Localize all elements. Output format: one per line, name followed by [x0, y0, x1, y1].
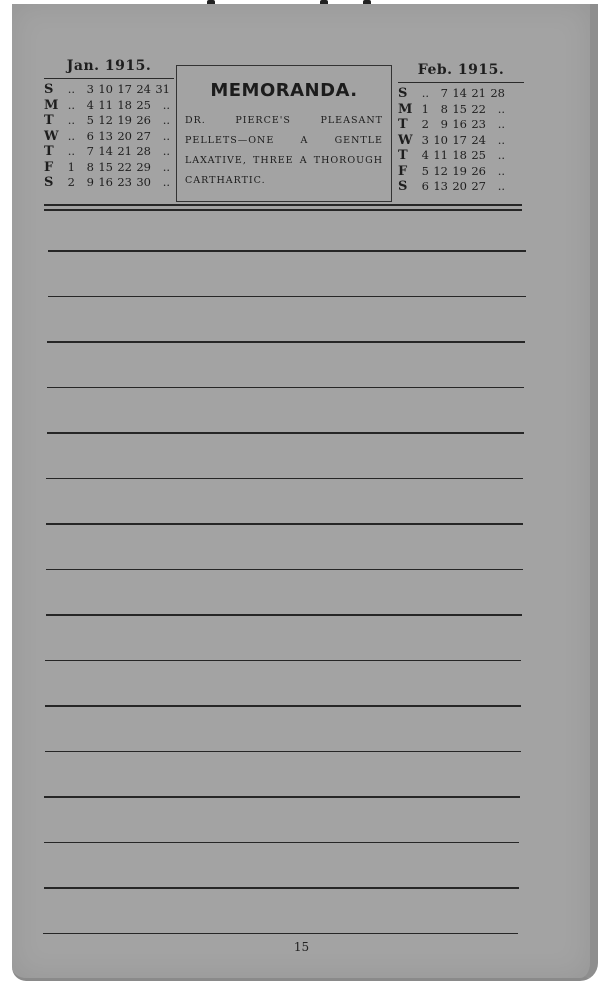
calendar-date: 12 [429, 164, 448, 180]
calendar-date: 30 [132, 175, 151, 191]
calendar-date: 23 [467, 117, 486, 133]
calendar-date: .. [151, 113, 170, 129]
calendar-january: Jan. 1915. S..310172431M..4111825..T..51… [44, 58, 174, 191]
memoranda-box: MEMORANDA. DR. PIERCE'S PLEASANT PELLETS… [176, 65, 392, 202]
calendar-week-row: F18152229.. [44, 160, 174, 176]
writing-line [45, 705, 521, 707]
calendar-date: .. [60, 144, 75, 160]
writing-line [44, 796, 520, 798]
calendar-date: .. [60, 113, 75, 129]
calendar-date: 10 [429, 133, 448, 149]
calendar-date: 4 [414, 148, 429, 164]
calendar-date: 9 [75, 175, 94, 191]
calendar-date: 6 [75, 129, 94, 145]
calendar-date: .. [486, 133, 505, 149]
calendar-date: 26 [467, 164, 486, 180]
calendar-date: .. [486, 117, 505, 133]
calendar-date: 16 [94, 175, 113, 191]
calendar-week-row: T..5121926.. [44, 113, 174, 129]
calendar-date: 22 [113, 160, 132, 176]
calendar-week-row: W..6132027.. [44, 129, 174, 145]
calendar-date: 11 [94, 98, 113, 114]
calendar-week-row: S..7142128 [398, 86, 524, 102]
weekday-label: T [44, 144, 60, 160]
calendar-date: 27 [467, 179, 486, 195]
calendar-date: 6 [414, 179, 429, 195]
calendar-date: 8 [429, 102, 448, 118]
calendar-date: 13 [94, 129, 113, 145]
weekday-label: F [398, 164, 414, 180]
calendar-date: 12 [94, 113, 113, 129]
calendar-date: 7 [75, 144, 94, 160]
weekday-label: S [398, 179, 414, 195]
writing-line [45, 660, 521, 662]
header-divider-rule [44, 204, 522, 206]
weekday-label: W [44, 129, 60, 145]
calendar-date: 3 [75, 82, 94, 98]
writing-line [46, 523, 523, 525]
writing-line [48, 296, 526, 298]
calendar-date: 27 [132, 129, 151, 145]
weekday-label: T [398, 148, 414, 164]
header-divider-rule [44, 209, 522, 211]
calendar-date: 14 [448, 86, 467, 102]
writing-line [45, 751, 521, 753]
writing-line [47, 432, 524, 434]
calendar-date: .. [486, 164, 505, 180]
weekday-label: M [398, 102, 414, 118]
calendar-date: 14 [94, 144, 113, 160]
calendar-date: .. [486, 148, 505, 164]
advertisement-text: DR. PIERCE'S PLEASANT PELLETS—ONE A GENT… [185, 111, 383, 191]
calendar-date: 21 [113, 144, 132, 160]
calendar-week-row: S6132027.. [398, 179, 524, 195]
calendar-date: 1 [60, 160, 75, 176]
calendar-date: .. [151, 175, 170, 191]
calendar-date: 20 [113, 129, 132, 145]
calendar-date: 24 [132, 82, 151, 98]
writing-line [46, 614, 522, 616]
calendar-date: 11 [429, 148, 448, 164]
calendar-date: 28 [132, 144, 151, 160]
memoranda-title: MEMORANDA. [177, 80, 391, 101]
calendar-date: 2 [60, 175, 75, 191]
calendar-week-row: T291623.. [398, 117, 524, 133]
writing-line [43, 933, 518, 935]
calendar-date: .. [486, 102, 505, 118]
calendar-date: 19 [448, 164, 467, 180]
weekday-label: F [44, 160, 60, 176]
weekday-label: S [44, 82, 60, 98]
calendar-date: 18 [113, 98, 132, 114]
calendar-date: 16 [448, 117, 467, 133]
calendar-week-row: S29162330.. [44, 175, 174, 191]
calendar-date: 23 [113, 175, 132, 191]
calendar-date: 18 [448, 148, 467, 164]
calendar-date: .. [486, 179, 505, 195]
calendar-date: .. [151, 129, 170, 145]
calendar-date: 5 [414, 164, 429, 180]
calendar-date: .. [151, 160, 170, 176]
weekday-label: T [398, 117, 414, 133]
calendar-date: 25 [132, 98, 151, 114]
calendar-date: 19 [113, 113, 132, 129]
calendar-date: 29 [132, 160, 151, 176]
calendar-date: 17 [448, 133, 467, 149]
writing-line [46, 569, 523, 571]
calendar-date: 2 [414, 117, 429, 133]
writing-line [47, 341, 525, 343]
page-number: 15 [0, 940, 603, 954]
writing-line [47, 387, 524, 389]
calendar-week-row: T..7142128.. [44, 144, 174, 160]
calendar-date: 5 [75, 113, 94, 129]
weekday-label: S [44, 175, 60, 191]
calendar-date: 25 [467, 148, 486, 164]
calendar-date: .. [151, 98, 170, 114]
calendar-date: 8 [75, 160, 94, 176]
weekday-label: T [44, 113, 60, 129]
calendar-week-row: M181522.. [398, 102, 524, 118]
calendar-week-row: T4111825.. [398, 148, 524, 164]
writing-line [46, 478, 523, 480]
calendar-date: 9 [429, 117, 448, 133]
calendar-date: 20 [448, 179, 467, 195]
calendar-date: 17 [113, 82, 132, 98]
writing-line [44, 842, 519, 844]
writing-line [48, 250, 526, 252]
calendar-date: 31 [151, 82, 170, 98]
calendar-date: 1 [414, 102, 429, 118]
calendar-grid: S..7142128M181522..T291623..W3101724..T4… [398, 86, 524, 195]
calendar-date: .. [151, 144, 170, 160]
writing-line [44, 887, 519, 889]
calendar-week-row: W3101724.. [398, 133, 524, 149]
calendar-date: 15 [94, 160, 113, 176]
calendar-date: 13 [429, 179, 448, 195]
calendar-week-row: S..310172431 [44, 82, 174, 98]
weekday-label: S [398, 86, 414, 102]
calendar-date: .. [60, 82, 75, 98]
calendar-date: 15 [448, 102, 467, 118]
weekday-label: M [44, 98, 60, 114]
calendar-date: 28 [486, 86, 505, 102]
calendar-date: 10 [94, 82, 113, 98]
calendar-week-row: M..4111825.. [44, 98, 174, 114]
calendar-date: .. [60, 129, 75, 145]
weekday-label: W [398, 133, 414, 149]
calendar-february: Feb. 1915. S..7142128M181522..T291623..W… [398, 62, 524, 195]
calendar-title: Feb. 1915. [398, 62, 524, 83]
calendar-date: 3 [414, 133, 429, 149]
calendar-date: 4 [75, 98, 94, 114]
calendar-date: 7 [429, 86, 448, 102]
calendar-title: Jan. 1915. [44, 58, 174, 79]
calendar-week-row: F5121926.. [398, 164, 524, 180]
calendar-date: 24 [467, 133, 486, 149]
calendar-date: .. [414, 86, 429, 102]
calendar-grid: S..310172431M..4111825..T..5121926..W..6… [44, 82, 174, 191]
calendar-date: 21 [467, 86, 486, 102]
calendar-date: 22 [467, 102, 486, 118]
calendar-date: .. [60, 98, 75, 114]
calendar-date: 26 [132, 113, 151, 129]
